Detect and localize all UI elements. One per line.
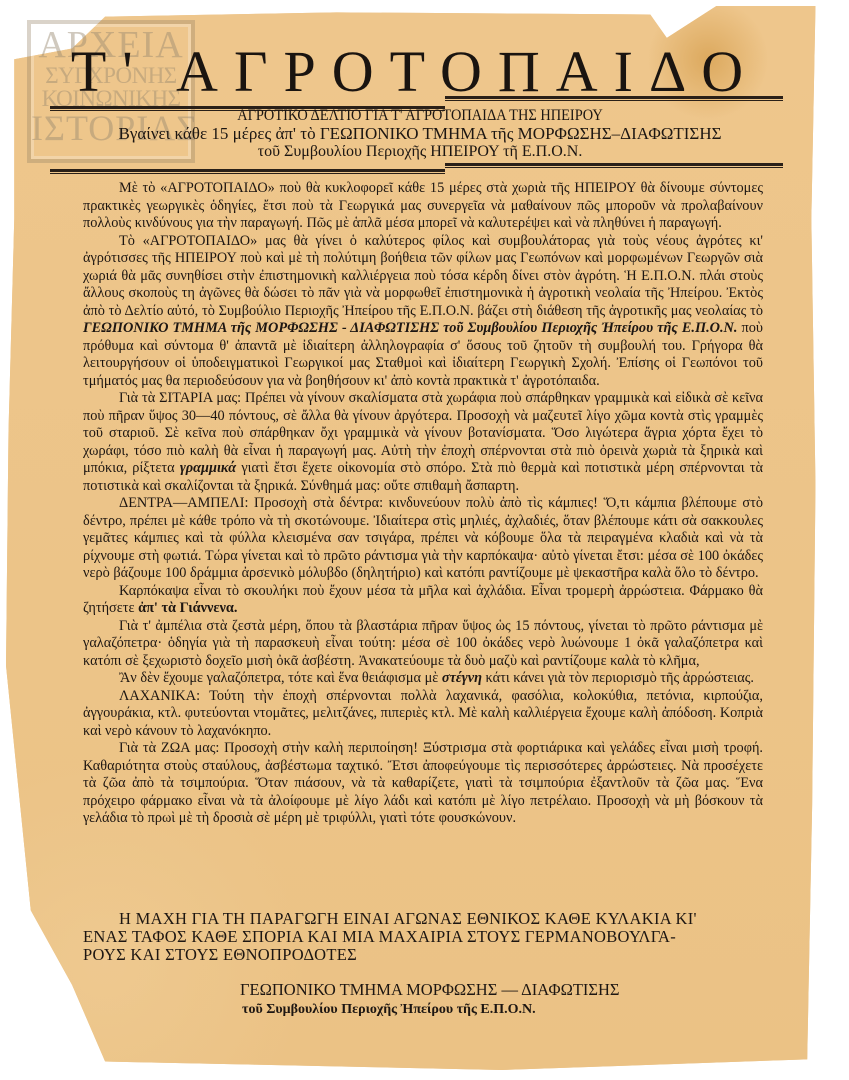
masthead-publisher: Βγαίνει κάθε 15 μέρες ἀπ' τὸ ΓΕΩΠΟΝΙΚΟ Τ… [60,125,780,143]
paragraph-codling-moth: Καρπόκαψα εἶναι τὸ σκουλήκι ποὺ ἔχουν μέ… [83,583,763,618]
paragraph-intro: Μὲ τὸ «ΑΓΡΟΤΟΠΑΙΔΟ» ποὺ θὰ κυκλοφορεῖ κά… [83,180,763,233]
masthead-subtitle: ΑΓΡΟΤΙΚΟ ΔΕΛΤΙΟ ΓΙΑ Τ' ΑΓΡΟΤΟΠΑΙΔΑ ΤΗΣ Η… [96,107,744,125]
paragraph-trees-vines: ΔΕΝΤΡΑ—ΑΜΠΕΛΙ: Προσοχὴ στὰ δέντρα: κινδυ… [83,495,763,583]
slogan-line: ΕΝΑΣ ΤΑΦΟΣ ΚΑΘΕ ΣΠΟΡΙΑ ΚΑΙ ΜΙΑ ΜΑΧΑΙΡΙΑ … [83,928,763,946]
signature-council: τοῦ Συμβουλίου Περιοχῆς Ἠπείρου τῆς Ε.Π.… [240,1000,740,1020]
slogan-line: ΡΟΥΣ ΚΑΙ ΣΤΟΥΣ ΕΘΝΟΠΡΟΔΟΤΕΣ [83,946,763,964]
paragraph-wheat: Γιὰ τὰ ΣΙΤΑΡΙΑ μας: Πρέπει νὰ γίνουν σκα… [83,390,763,495]
masthead: ΑΓΡΟΤΙΚΟ ΔΕΛΤΙΟ ΓΙΑ Τ' ΑΓΡΟΤΟΠΑΙΔΑ ΤΗΣ Η… [60,107,780,161]
masthead-council: τοῦ Συμβουλίου Περιοχῆς ΗΠΕΙΡΟΥ τῆ Ε.Π.Ο… [60,143,780,161]
paragraph-animals: Γιὰ τὰ ΖΩΑ μας: Προσοχὴ στὴν καλὴ περιπο… [83,740,763,828]
newsletter-title: Τ' ΑΓΡΟΤΟΠΑΙΔΟ [65,38,765,105]
header-rule-top-right [445,96,783,99]
header-rule-bottom-thin [50,173,445,174]
signature-department: ΓΕΩΠΟΝΙΚΟ ΤΜΗΜΑ ΜΟΡΦΩΣΗΣ — ΔΙΑΦΩΤΙΣΗΣ [240,980,740,1000]
article-body: Μὲ τὸ «ΑΓΡΟΤΟΠΑΙΔΟ» ποὺ θὰ κυκλοφορεῖ κά… [83,180,763,828]
signature-block: ΓΕΩΠΟΝΙΚΟ ΤΜΗΜΑ ΜΟΡΦΩΣΗΣ — ΔΙΑΦΩΤΙΣΗΣ το… [240,980,740,1020]
slogan-line: Η ΜΑΧΗ ΓΙΑ ΤΗ ΠΑΡΑΓΩΓΗ ΕΙΝΑΙ ΑΓΩΝΑΣ ΕΘΝΙ… [83,910,763,928]
slogan-block: Η ΜΑΧΗ ΓΙΑ ΤΗ ΠΑΡΑΓΩΓΗ ΕΙΝΑΙ ΑΓΩΝΑΣ ΕΘΝΙ… [83,910,763,964]
header-rule-bottom-right [445,163,783,166]
paragraph-vegetables: ΛΑΧΑΝΙΚΑ: Τούτη τὴν ἐποχὴ σπέρνονται πολ… [83,688,763,741]
paragraph-sulfur: Ἂν δὲν ἔχουμε γαλαζόπετρα, τότε καὶ ἕνα … [83,670,763,688]
department-name: ΓΕΩΠΟΝΙΚΟ ΤΜΗΜΑ τῆς ΜΟΡΦΩΣΗΣ - ΔΙΑΦΩΤΙΣΗ… [83,320,737,336]
paragraph-mission: Τὸ «ΑΓΡΟΤΟΠΑΙΔΟ» μας θὰ γίνει ὁ καλύτερο… [83,233,763,391]
header-rule-bottom-right-thin [445,167,783,168]
paragraph-vineyards: Γιὰ τ' ἀμπέλια στὰ ζεστὰ μέρη, ὅπου τὰ β… [83,618,763,671]
header-rule-bottom [50,169,445,172]
header-rule-top-right-thin [445,100,783,101]
